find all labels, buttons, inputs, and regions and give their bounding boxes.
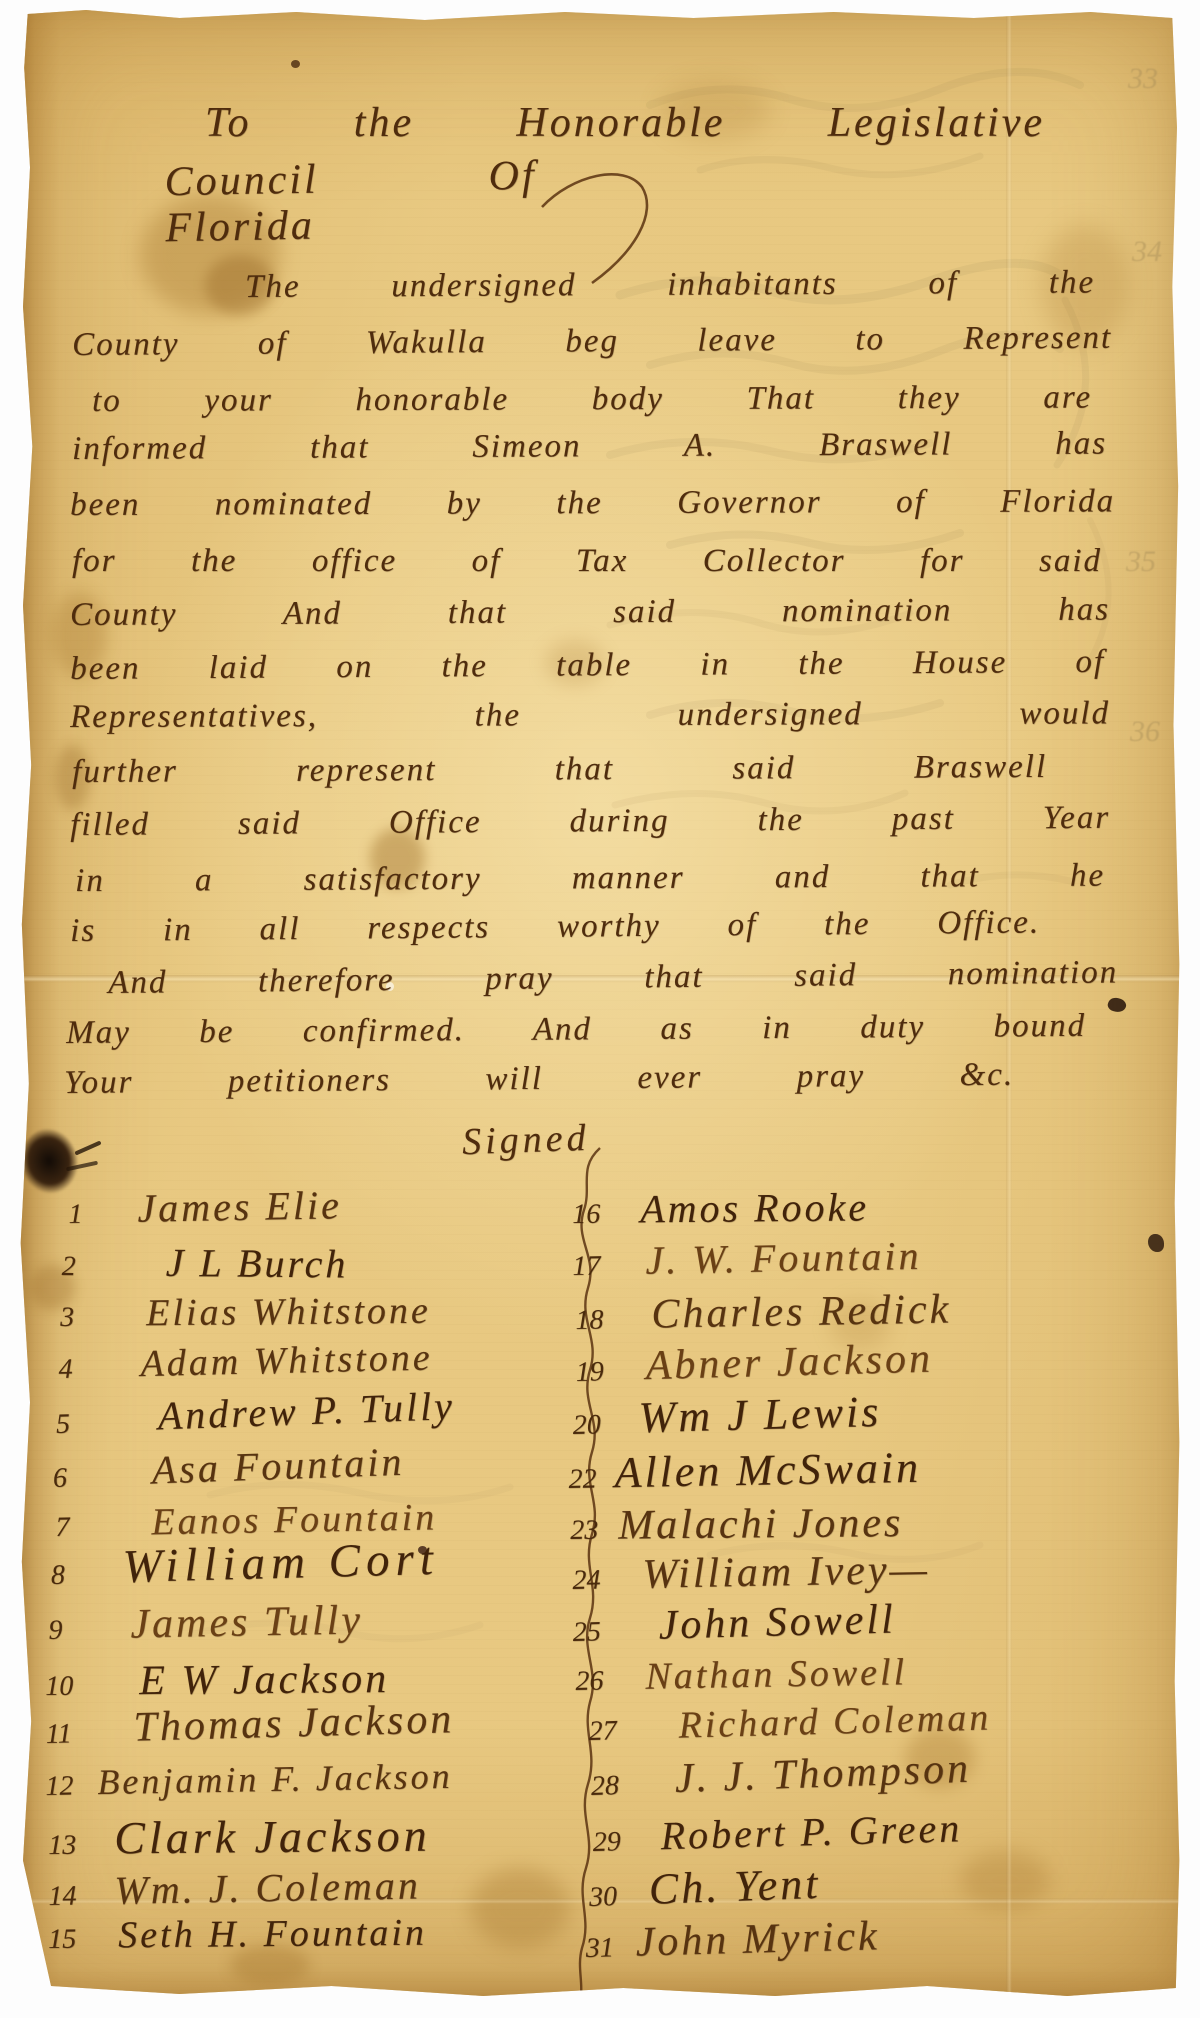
signature-name: J. W. Fountain xyxy=(645,1232,922,1284)
signature-row: 9James Tully xyxy=(48,1597,363,1650)
signature-name: J L Burch xyxy=(166,1239,349,1288)
signature-row: 12Benjamin F. Jackson xyxy=(45,1755,453,1804)
signature-number: 17 xyxy=(572,1251,601,1283)
ink-blot xyxy=(1148,1234,1164,1252)
verso-number: 35 xyxy=(1126,545,1156,579)
signature-name: Malachi Jones xyxy=(618,1499,904,1549)
signature-number: 27 xyxy=(588,1715,617,1748)
signature-number: 29 xyxy=(592,1826,621,1859)
signature-number: 19 xyxy=(575,1356,604,1389)
signature-name: James Tully xyxy=(130,1597,363,1649)
signature-row: 13Clark Jackson xyxy=(48,1809,431,1865)
signature-name: Ch. Yent xyxy=(648,1858,821,1915)
signature-name: Abner Jackson xyxy=(645,1335,934,1391)
signature-row: 2J L Burch xyxy=(62,1238,349,1287)
signature-row: 20Wm J Lewis xyxy=(572,1386,882,1445)
signature-number: 1 xyxy=(68,1199,83,1231)
signature-name: William Ivey— xyxy=(642,1546,930,1599)
signature-number: 4 xyxy=(58,1354,73,1386)
signature-number: 28 xyxy=(590,1770,619,1803)
signature-name: Andrew P. Tully xyxy=(157,1382,456,1439)
signature-number: 5 xyxy=(55,1409,70,1441)
signature-row: 26Nathan Sowell xyxy=(575,1650,907,1700)
signature-number: 13 xyxy=(48,1830,76,1862)
signature-name: Elias Whitstone xyxy=(146,1289,431,1335)
signature-name: Clark Jackson xyxy=(114,1809,431,1865)
signature-row: 11Thomas Jackson xyxy=(45,1695,455,1754)
signature-row: 8William Cort xyxy=(50,1532,439,1596)
signature-name: Seth H. Fountain xyxy=(118,1911,427,1958)
petition-body-line: Your petitioners will ever pray &c. xyxy=(64,1056,1014,1104)
signature-number: 3 xyxy=(60,1302,74,1334)
signature-name: Benjamin F. Jackson xyxy=(97,1755,453,1803)
petition-body-line: in a satisfactory manner and that he xyxy=(75,857,1105,902)
petition-body-line: been nominated by the Governor of Florid… xyxy=(70,482,1115,525)
petition-body-line: informed that Simeon A. Braswell has xyxy=(72,425,1107,470)
petition-body-line: been laid on the table in the House of xyxy=(70,643,1105,690)
stain-mark xyxy=(960,1850,1050,1910)
signature-row: 15Seth H. Fountain xyxy=(48,1911,427,1958)
signature-name: Wm. J. Coleman xyxy=(114,1862,421,1914)
ink-blot xyxy=(1106,995,1128,1014)
signature-number: 14 xyxy=(48,1881,77,1913)
ink-blot xyxy=(66,1161,98,1172)
signature-row: 24William Ivey— xyxy=(572,1546,930,1600)
signature-row: 17J. W. Fountain xyxy=(572,1232,922,1285)
signature-row: 18Charles Redick xyxy=(575,1285,952,1340)
signature-number: 20 xyxy=(572,1409,601,1442)
document-heading-line2: Council Of Florida xyxy=(164,153,538,252)
petition-body-line: May be confirmed. And as in duty bound xyxy=(66,1007,1086,1054)
signature-name: James Elie xyxy=(137,1181,342,1232)
signature-number: 30 xyxy=(589,1881,618,1914)
signature-number: 16 xyxy=(572,1199,600,1231)
signature-name: Thomas Jackson xyxy=(133,1695,455,1751)
signature-row: 14Wm. J. Coleman xyxy=(48,1862,421,1915)
signature-number: 7 xyxy=(55,1512,70,1544)
signature-name: Charles Redick xyxy=(651,1285,952,1338)
signature-name: Asa Fountain xyxy=(151,1438,405,1494)
petition-body-line: And therefore pray that said nomination xyxy=(108,953,1118,1003)
signature-row: 23Malachi Jones xyxy=(570,1499,903,1550)
signature-name: Richard Coleman xyxy=(678,1695,992,1747)
signature-row: 1James Elie xyxy=(68,1181,342,1233)
signature-row: 16Amos Rooke xyxy=(572,1183,869,1233)
petition-body-line: filled said Office during the past Year xyxy=(70,799,1110,846)
petition-body-line: to your honorable body That they are xyxy=(92,379,1092,422)
signature-row: 29Robert P. Green xyxy=(592,1804,963,1861)
signature-row: 4Adam Whitstone xyxy=(58,1336,433,1388)
signature-name: J. J. Thompson xyxy=(674,1745,972,1803)
signature-row: 3Elias Whitstone xyxy=(60,1289,431,1336)
signature-row: 19Abner Jackson xyxy=(575,1335,934,1392)
signature-name: John Myrick xyxy=(635,1912,880,1966)
petition-body-line: The undersigned inhabitants of the xyxy=(245,264,1095,308)
verso-number: 33 xyxy=(1128,62,1158,96)
petition-body-line: for the office of Tax Collector for said xyxy=(72,542,1102,582)
petition-document: 33 34 35 36 xyxy=(16,8,1184,2000)
signature-number: 23 xyxy=(570,1515,598,1547)
petition-body-line: further represent that said Braswell xyxy=(72,748,1047,793)
signature-number: 25 xyxy=(572,1616,601,1649)
signature-row: 27Richard Coleman xyxy=(588,1695,992,1750)
signature-number: 9 xyxy=(48,1615,63,1647)
signature-number: 26 xyxy=(575,1666,604,1698)
signature-name: Adam Whitstone xyxy=(140,1336,433,1387)
document-heading-line1: To the Honorable Legislative xyxy=(205,100,1045,146)
signature-name: John Sowell xyxy=(658,1596,896,1650)
signature-name: William Cort xyxy=(122,1532,439,1594)
verso-number: 36 xyxy=(1130,715,1160,749)
document-photo: 33 34 35 36 xyxy=(0,0,1200,2018)
signature-name: Allen McSwain xyxy=(614,1442,921,1498)
signature-number: 24 xyxy=(572,1565,601,1597)
signature-number: 6 xyxy=(52,1463,67,1495)
ink-blot xyxy=(74,1140,101,1155)
signature-row: 30Ch. Yent xyxy=(588,1858,821,1917)
signature-name: Wm J Lewis xyxy=(638,1386,882,1443)
petition-body-line: is in all respects worthy of the Office. xyxy=(70,904,1040,952)
signature-name: Robert P. Green xyxy=(660,1804,963,1859)
verso-number: 34 xyxy=(1132,235,1162,269)
signature-name: Nathan Sowell xyxy=(645,1650,907,1699)
signature-number: 22 xyxy=(568,1464,597,1496)
signature-number: 12 xyxy=(45,1771,74,1803)
signature-number: 8 xyxy=(50,1560,65,1592)
signature-name: Amos Rooke xyxy=(640,1183,869,1232)
signature-row: 6Asa Fountain xyxy=(52,1438,405,1497)
signature-row: 22Allen McSwain xyxy=(568,1442,921,1499)
signature-number: 10 xyxy=(45,1671,73,1703)
signature-number: 2 xyxy=(62,1251,76,1283)
signature-number: 31 xyxy=(585,1932,614,1965)
signature-number: 15 xyxy=(48,1924,76,1956)
petition-body-line: Representatives, the undersigned would xyxy=(70,694,1110,737)
signature-row: 28J. J. Thompson xyxy=(590,1745,972,1806)
signature-row: 31John Myrick xyxy=(585,1912,880,1968)
ink-blot xyxy=(291,60,300,68)
signature-number: 11 xyxy=(45,1718,72,1751)
signature-row: 25John Sowell xyxy=(572,1596,896,1652)
petition-body-line: County And that said nomination has xyxy=(70,591,1110,636)
petition-body-line: County of Wakulla beg leave to Represent xyxy=(72,319,1112,366)
signature-number: 18 xyxy=(575,1305,604,1337)
signature-row: 5Andrew P. Tully xyxy=(55,1382,456,1443)
